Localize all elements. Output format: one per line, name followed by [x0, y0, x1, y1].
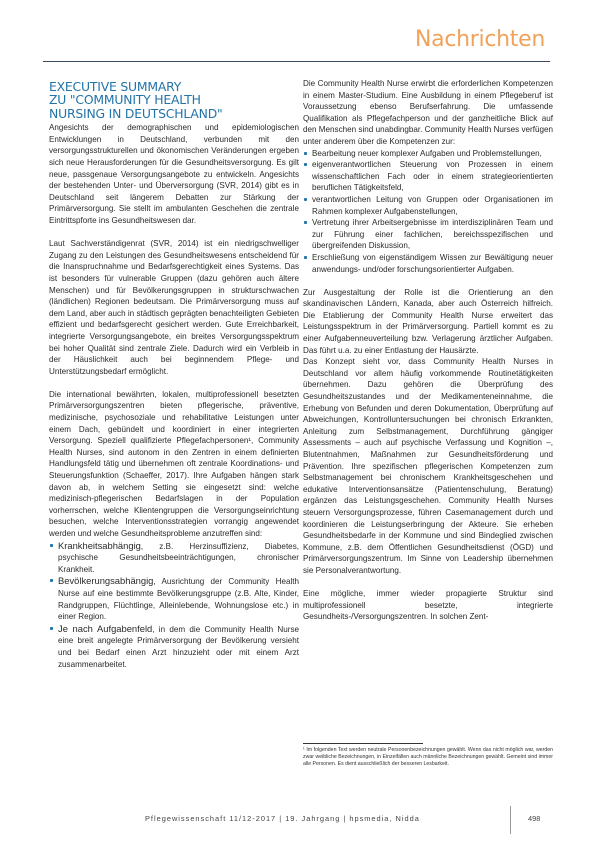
competence-bullet-list: Bearbeitung neuer komplexer Aufgaben und…	[303, 148, 553, 276]
header-rule	[43, 61, 550, 62]
list-item: Vertretung ihrer Arbeitsergebnisse im in…	[303, 217, 553, 252]
heading-line-3: NURSING IN DEUTSCHLAND"	[49, 106, 223, 121]
paragraph: Das Konzept sieht vor, dass Community He…	[303, 356, 553, 576]
footer-citation: Pflegewissenschaft 11/12-2017 | 19. Jahr…	[145, 814, 420, 823]
list-item: Erschließung von eigenständigem Wissen z…	[303, 252, 553, 275]
setting-bullet-list: Krankheitsabhängig, z.B. Herzinsuffizien…	[49, 540, 299, 671]
list-item: Bevölkerungsabhängig, Ausrichtung der Co…	[49, 575, 299, 622]
paragraph: Die international bewährten, lokalen, mu…	[49, 389, 299, 540]
paragraph: Zur Ausgestaltung der Rolle ist die Orie…	[303, 287, 553, 357]
footnote: ¹ Im folgenden Text werden neutrale Pers…	[303, 747, 553, 768]
paragraph: Die Community Health Nurse erwirbt die e…	[303, 78, 553, 148]
article-heading: EXECUTIVE SUMMARY ZU "COMMUNITY HEALTH N…	[49, 80, 299, 120]
article-right-column: Die Community Health Nurse erwirbt die e…	[303, 78, 553, 635]
bullet-keyword: Krankheitsabhängig	[58, 540, 141, 551]
list-item: Krankheitsabhängig, z.B. Herzinsuffizien…	[49, 540, 299, 576]
paragraph: Laut Sachverständigenrat (SVR, 2014) ist…	[49, 238, 299, 377]
section-title: Nachrichten	[415, 27, 545, 52]
bullet-keyword: Je nach Aufgabenfeld	[58, 623, 152, 634]
list-item: verantwortlichen Leitung von Gruppen ode…	[303, 194, 553, 217]
bullet-keyword: Bevölkerungsabhängig	[58, 575, 153, 586]
paragraph: Angesichts der demographischen und epide…	[49, 122, 299, 226]
list-item: eigenverantwortlichen Steuerung von Proz…	[303, 159, 553, 194]
paragraph: Eine mögliche, immer wieder propagierte …	[303, 588, 553, 623]
footer-divider	[510, 806, 511, 834]
article-left-column: EXECUTIVE SUMMARY ZU "COMMUNITY HEALTH N…	[49, 78, 299, 670]
page-number: 498	[528, 814, 540, 823]
footnote-rule	[303, 743, 423, 744]
list-item: Bearbeitung neuer komplexer Aufgaben und…	[303, 148, 553, 160]
list-item: Je nach Aufgabenfeld, in dem die Communi…	[49, 623, 299, 670]
